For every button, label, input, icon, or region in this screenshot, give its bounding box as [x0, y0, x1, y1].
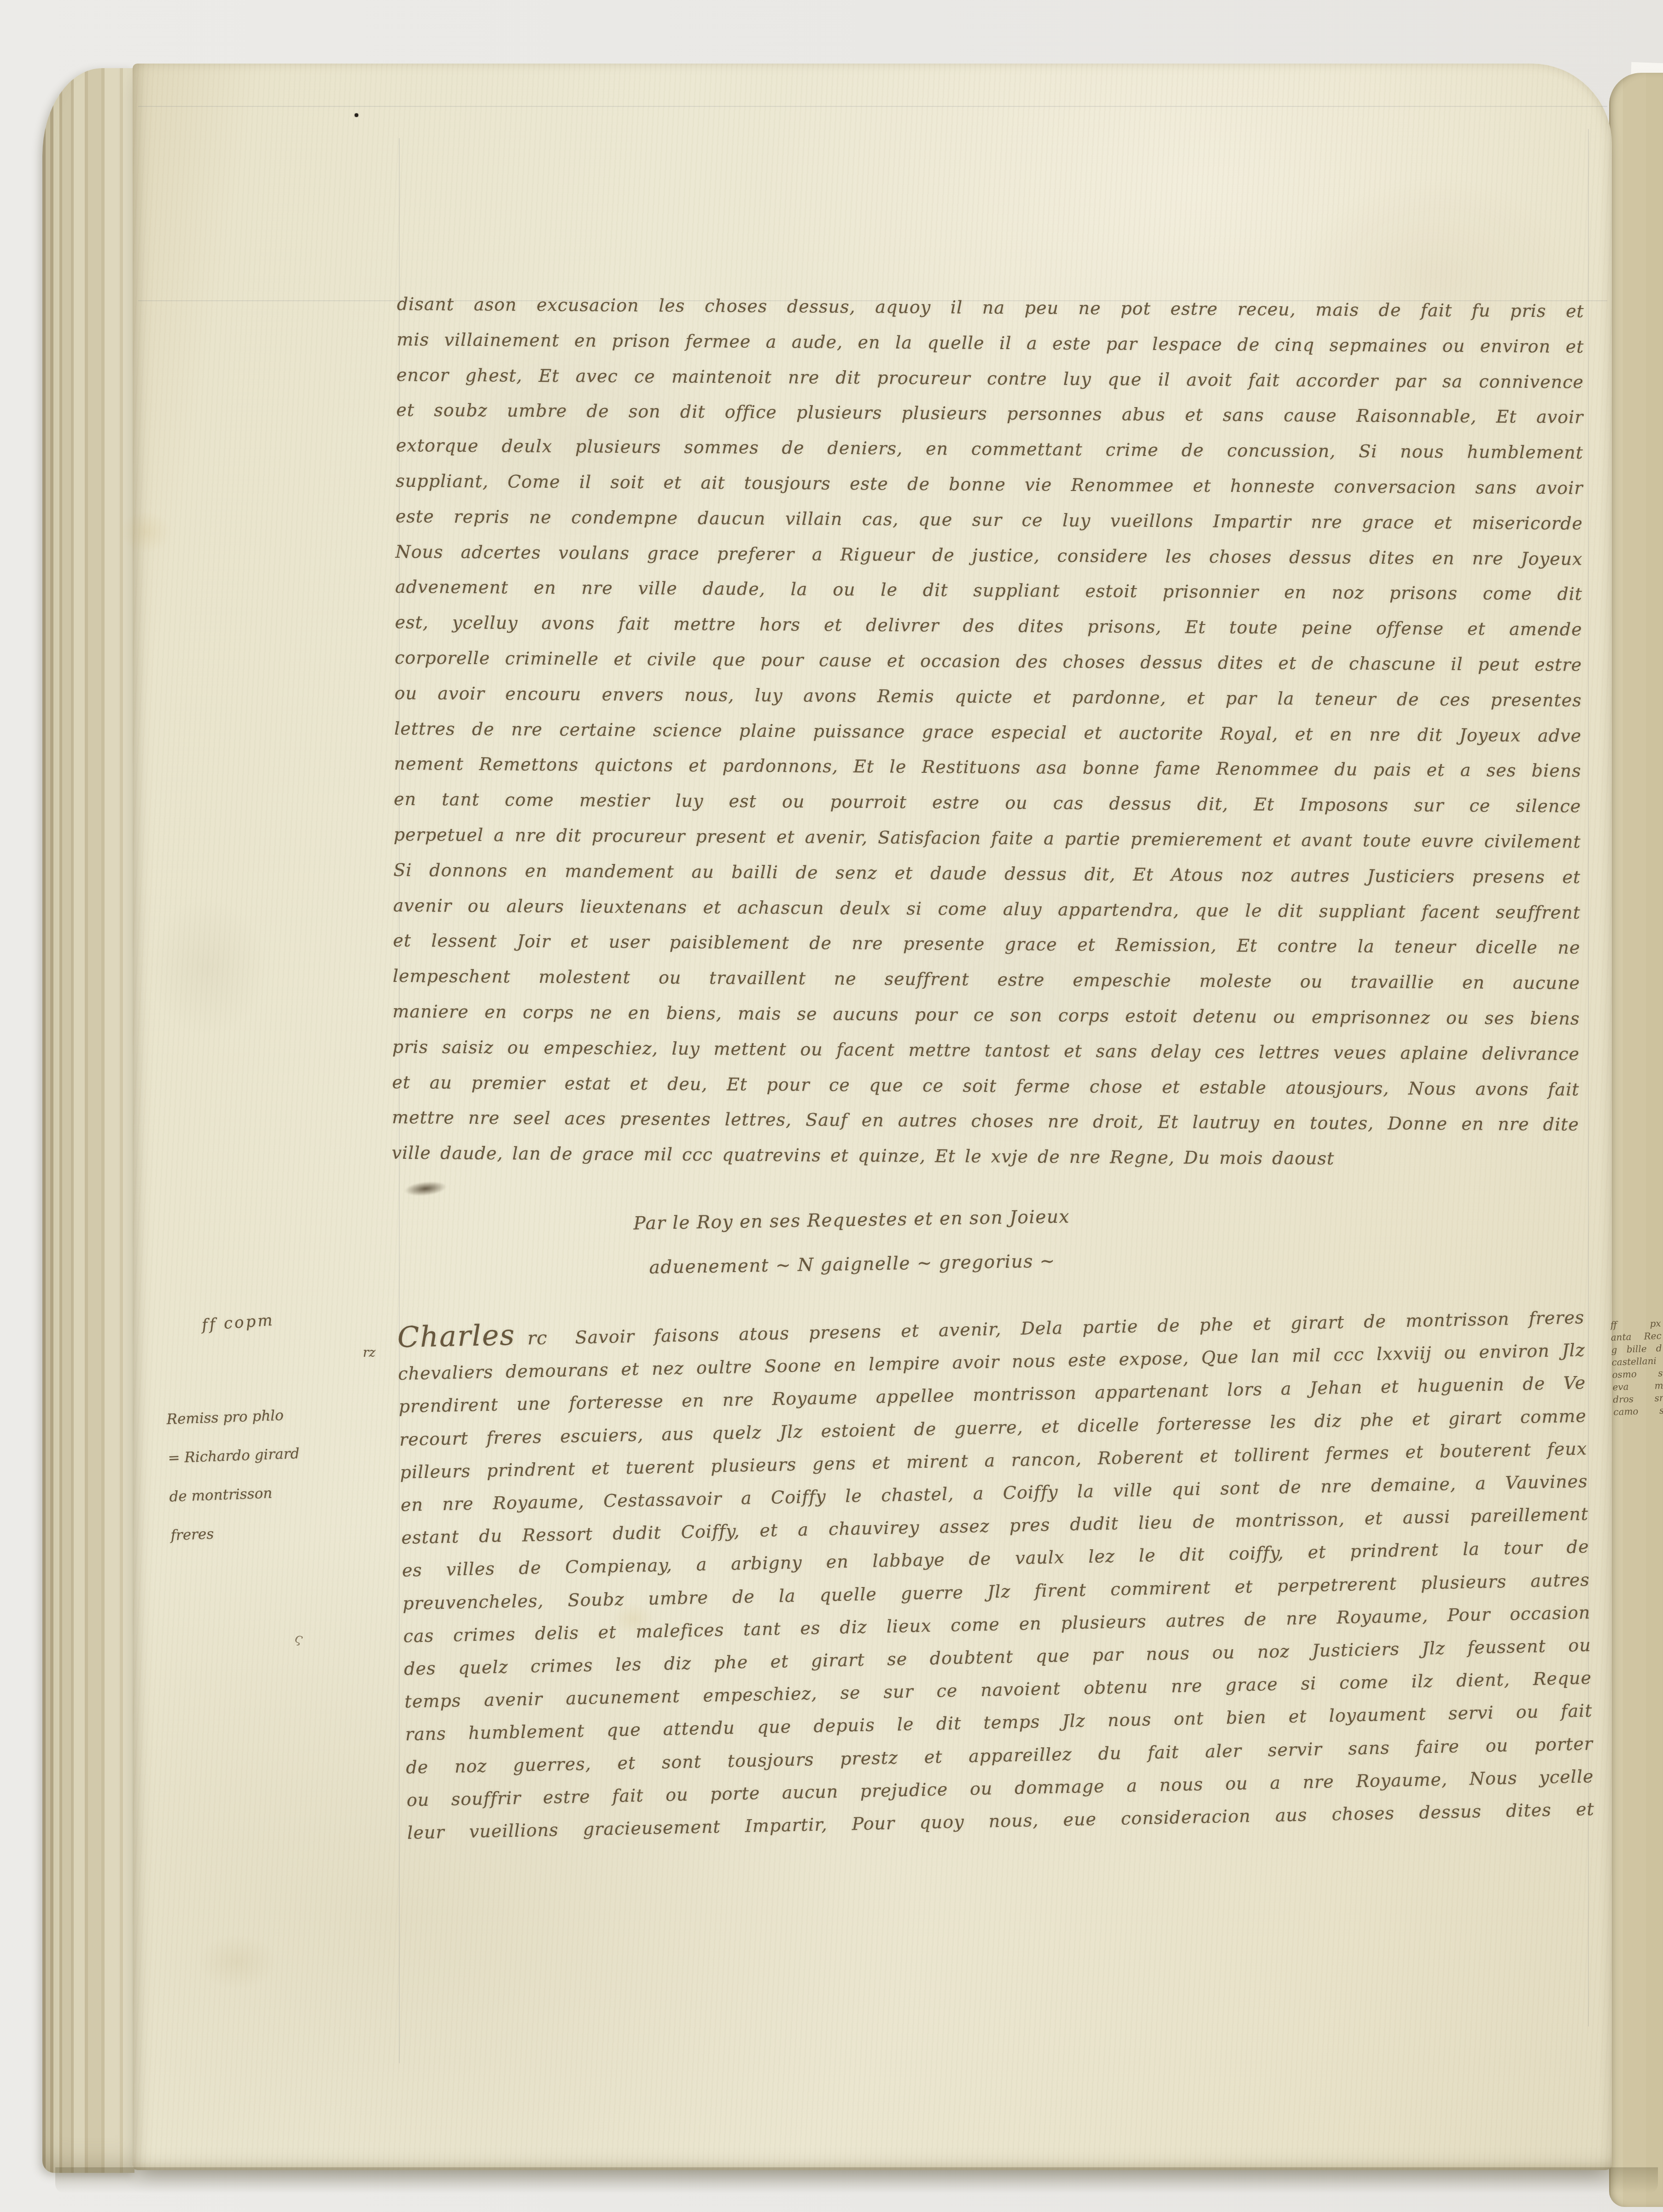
ink-dot	[355, 113, 358, 117]
manuscript-line: g bille d	[1611, 1342, 1662, 1356]
act2-text-block: Charles rc Savoir faisons atous presens …	[397, 1297, 1595, 1850]
ruled-line-top	[138, 106, 1607, 107]
manuscript-line: dros sr	[1613, 1392, 1663, 1406]
royal-subscription: Par le Roy en ses Requestes et en son Jo…	[545, 1194, 1159, 1292]
manuscript-line: de montrisson	[169, 1470, 386, 1516]
manuscript-scan: { "document": { "kind": "medieval manusc…	[0, 0, 1663, 2212]
manuscript-line: ff px	[1610, 1317, 1661, 1331]
act2-lines: chevaliers demourans et nez oultre Soone…	[398, 1334, 1595, 1850]
manuscript-line: camo s	[1613, 1404, 1663, 1418]
book-shadow	[55, 2167, 1658, 2193]
manuscript-line: freres	[170, 1509, 388, 1555]
manuscript-line: anta Rec	[1610, 1330, 1662, 1344]
book-page-edges	[42, 68, 134, 2173]
incipit-charles: Charles	[397, 1319, 516, 1354]
manuscript-line: eva m	[1612, 1379, 1663, 1394]
next-page-edge	[1609, 73, 1663, 2207]
tie-mark: rz	[363, 1346, 375, 1360]
margin-annotation: Remiss pro phlo= Richardo girardde montr…	[166, 1393, 387, 1555]
manuscript-line: castellani	[1611, 1354, 1663, 1369]
manuscript-line: osmo s	[1612, 1367, 1663, 1381]
manuscript-line: = Richardo girard	[167, 1431, 385, 1477]
etc-abbreviation-mark: rc	[527, 1322, 548, 1355]
act1-text-block: disant ason excusacion les choses dessus…	[391, 286, 1584, 1178]
manuscript-line: Remiss pro phlo	[166, 1393, 384, 1439]
manuscript-line: ville daude, lan de grace mil ccc quatre…	[391, 1135, 1579, 1178]
next-page-marginalia: ff pxanta Recg bille dcastellaniosmo sev…	[1610, 1317, 1663, 1418]
